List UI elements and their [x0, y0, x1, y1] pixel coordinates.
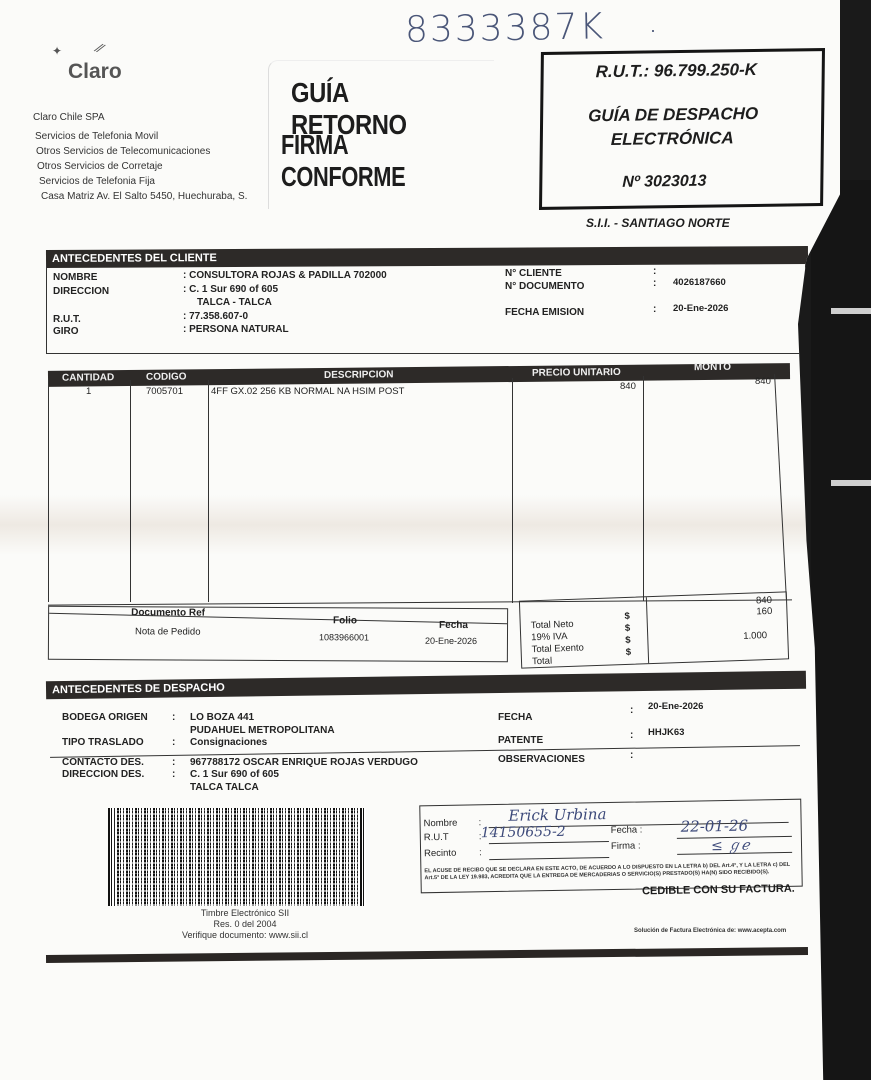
total-neto-value: 840: [756, 595, 772, 607]
col-cantidad: CANTIDAD: [62, 372, 114, 384]
logo-rays-icon: ⁄⁄: [95, 40, 105, 57]
ref-header-doc: Documento Ref: [131, 607, 205, 618]
iva-value: 160: [756, 606, 772, 618]
table-border: [130, 380, 131, 602]
logo-rays-icon: ✦: [52, 44, 62, 58]
issuer-service: Servicios de Telefonia Movil: [33, 129, 247, 144]
issuer-info: Claro Chile SPA Servicios de Telefonia M…: [33, 110, 247, 204]
reference-box: Documento Ref Folio Fecha Nota de Pedido…: [48, 606, 508, 662]
paper-fold-shadow: [0, 495, 840, 555]
issuer-address: Casa Matriz Av. El Salto 5450, Huechurab…: [33, 189, 247, 204]
table-border: [48, 380, 49, 602]
value-bodega-comuna: PUDAHUEL METROPOLITANA: [190, 725, 335, 736]
value-giro: : PERSONA NATURAL: [183, 324, 289, 335]
table-border: [774, 374, 787, 600]
col-monto: MONTO: [694, 362, 731, 373]
label-observaciones: OBSERVACIONES: [498, 754, 585, 765]
label-contacto: CONTACTO DES.: [62, 757, 144, 768]
handwritten-mark: ·: [650, 20, 656, 41]
document-type-sub: ELECTRÓNICA: [611, 128, 734, 150]
pdf417-barcode: [108, 808, 366, 906]
colon: :: [630, 705, 633, 716]
issuer-rut: R.U.T.: 96.799.250-K: [596, 60, 758, 82]
document-number: Nº 3023013: [622, 173, 706, 192]
dispatch-section-header: ANTECEDENTES DE DESPACHO: [46, 671, 806, 700]
legal-text: EL ACUSE DE RECIBO QUE SE DECLARA EN EST…: [424, 862, 799, 883]
label-recinto: Recinto: [424, 848, 456, 860]
label-tipo-traslado: TIPO TRASLADO: [62, 737, 144, 748]
label-rut-receptor: R.U.T: [424, 832, 449, 843]
colon: :: [479, 847, 482, 858]
label-bodega-origen: BODEGA ORIGEN: [62, 712, 148, 723]
stamp-line2: FIRMA CONFORME: [281, 129, 447, 193]
label-fecha-recepcion: Fecha :: [611, 824, 643, 836]
item-descripcion: 4FF GX.02 256 KB NORMAL NA HSIM POST: [211, 386, 404, 397]
totals-divider: [646, 597, 649, 663]
handwritten-receipt-date: 22-01-26: [681, 817, 749, 836]
handwritten-signature: ≤ ℊℯ: [711, 835, 750, 856]
document-id-box: R.U.T.: 96.799.250-K GUÍA DE DESPACHO EL…: [539, 48, 825, 210]
claro-logo: Claro: [68, 60, 122, 84]
value-contacto: 967788172 OSCAR ENRIQUE ROJAS VERDUGO: [190, 757, 418, 768]
dispatch-guide-document: 8333387K · ✦ ⁄⁄ Claro Claro Chile SPA Se…: [0, 0, 840, 1080]
background-stripe: [831, 308, 871, 314]
total-value: 1.000: [743, 630, 767, 642]
value-patente: HHJK63: [648, 727, 684, 738]
value-n-documento: 4026187660: [673, 277, 726, 288]
item-monto: 840: [755, 376, 771, 387]
colon: :: [630, 750, 633, 761]
label-direccion-des: DIRECCION DES.: [62, 769, 144, 780]
handwritten-receiver-name: Erick Urbina: [508, 805, 606, 825]
item-precio: 840: [620, 381, 636, 392]
timbre-electronico: Timbre Electrónico SII Res. 0 del 2004 V…: [165, 908, 325, 941]
document-type: GUÍA DE DESPACHO: [588, 104, 758, 126]
background-stripe: [831, 480, 871, 486]
value-rut: : 77.358.607-0: [183, 311, 248, 322]
value-nombre: : CONSULTORA ROJAS & PADILLA 702000: [183, 270, 387, 281]
item-cantidad: 1: [86, 386, 91, 397]
signature-line: [489, 857, 609, 860]
label-fecha-emision: FECHA EMISION: [505, 307, 584, 318]
receipt-acknowledgement-box: Nombre R.U.T Recinto : : : Erick Urbina …: [419, 799, 802, 894]
timbre-line2: Res. 0 del 2004: [165, 919, 325, 930]
currency: $: [625, 623, 631, 634]
colon: :: [172, 757, 175, 768]
col-precio-unitario: PRECIO UNITARIO: [532, 367, 621, 379]
iva-label: 19% IVA: [531, 631, 568, 643]
total-neto-label: Total Neto: [531, 619, 574, 631]
value-direccion-des: C. 1 Sur 690 of 605: [190, 769, 279, 780]
currency: $: [624, 611, 630, 622]
total-label: Total: [532, 656, 552, 668]
label-fecha: FECHA: [498, 712, 532, 723]
label-n-cliente: N° CLIENTE: [505, 268, 562, 279]
provider-footer: Solución de Factura Electrónica de: www.…: [634, 928, 786, 934]
totals-box: Total Neto 19% IVA Total Exento Total $ …: [519, 591, 789, 668]
dispatch-divider: [50, 745, 800, 758]
item-codigo: 7005701: [146, 386, 183, 397]
footer-bar: [46, 947, 808, 963]
value-bodega-origen: LO BOZA 441: [190, 712, 254, 723]
label-rut: R.U.T.: [53, 314, 81, 325]
label-n-documento: N° DOCUMENTO: [505, 281, 584, 292]
timbre-line3: Verifique documento: www.sii.cl: [165, 930, 325, 941]
col-codigo: CODIGO: [146, 371, 187, 382]
colon: :: [653, 278, 656, 289]
label-patente: PATENTE: [498, 735, 543, 746]
value-fecha-emision: 20-Ene-2026: [673, 303, 728, 314]
table-border: [643, 376, 644, 601]
label-nombre: NOMBRE: [53, 272, 97, 283]
col-descripcion: DESCRIPCION: [324, 369, 394, 381]
timbre-line1: Timbre Electrónico SII: [165, 908, 325, 919]
signature-line: [489, 841, 609, 844]
handwritten-number: 8333387K: [405, 6, 606, 50]
issuer-name: Claro Chile SPA: [33, 110, 247, 125]
value-fecha: 20-Ene-2026: [648, 701, 703, 712]
handwritten-receiver-rut: 14150655-2: [481, 824, 566, 841]
value-direccion-city: TALCA - TALCA: [197, 297, 272, 308]
label-nombre-receptor: Nombre: [423, 818, 457, 830]
value-direccion: : C. 1 Sur 690 of 605: [183, 284, 278, 295]
value-tipo-traslado: Consignaciones: [190, 737, 267, 748]
issuer-service: Otros Servicios de Corretaje: [33, 159, 247, 174]
currency: $: [625, 635, 631, 646]
ref-fecha: 20-Ene-2026: [425, 636, 477, 646]
colon: :: [630, 730, 633, 741]
table-border: [512, 378, 513, 603]
label-giro: GIRO: [53, 326, 79, 337]
colon: :: [172, 712, 175, 723]
cedible-notice: CEDIBLE CON SU FACTURA.: [642, 883, 795, 898]
value-direccion-des-city: TALCA TALCA: [190, 782, 259, 793]
items-table-header: CANTIDAD CODIGO DESCRIPCION PRECIO UNITA…: [48, 363, 790, 387]
ref-folio: 1083966001: [319, 632, 369, 642]
colon: :: [172, 737, 175, 748]
label-direccion: DIRECCION: [53, 286, 109, 297]
colon: :: [653, 304, 656, 315]
return-stamp: GUÍA RETORNO FIRMA CONFORME: [268, 60, 494, 209]
value-n-cliente: :: [653, 266, 656, 277]
issuer-service: Otros Servicios de Telecomunicaciones: [33, 144, 247, 159]
table-border: [208, 380, 209, 602]
client-box: NOMBRE : CONSULTORA ROJAS & PADILLA 7020…: [46, 264, 806, 354]
ref-header-folio: Folio: [333, 615, 357, 626]
label-firma: Firma :: [611, 840, 641, 852]
total-exento-label: Total Exento: [531, 642, 584, 655]
issuer-service: Servicios de Telefonia Fija: [33, 174, 247, 189]
sii-office: S.I.I. - SANTIAGO NORTE: [586, 216, 730, 230]
colon: :: [172, 769, 175, 780]
ref-doc: Nota de Pedido: [135, 626, 201, 637]
currency: $: [626, 647, 632, 658]
ref-header-fecha: Fecha: [439, 620, 468, 631]
